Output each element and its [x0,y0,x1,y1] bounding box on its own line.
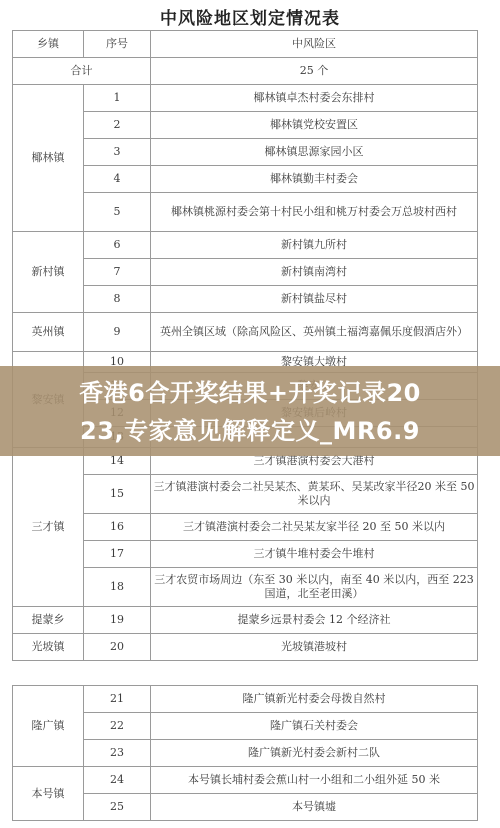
town-cell: 提蒙乡 [13,607,84,634]
row-number: 15 [84,475,151,514]
row-number: 9 [84,313,151,352]
row-area: 椰林镇党校安置区 [151,112,478,139]
overlay-caption: 香港6合开奖结果+开奖记录20 23,专家意见解释定义_MR6.9 [0,374,500,450]
row-area: 三才镇牛堆村委会牛堆村 [151,541,478,568]
row-number: 23 [84,740,151,767]
row-number: 19 [84,607,151,634]
town-cell: 椰林镇 [13,85,84,232]
header-town: 乡镇 [13,31,84,58]
row-area: 隆广镇新光村委会母拨自然村 [151,686,478,713]
row-area: 三才镇港演村委会二社吴某杰、黄某环、吴某改家半径20 米至 50 米以内 [151,475,478,514]
table-row: 英州镇 9 英州全镇区域（除高风险区、英州镇土福湾嘉佩乐度假酒店外） [13,313,478,352]
town-cell: 三才镇 [13,448,84,607]
row-area: 新村镇南湾村 [151,259,478,286]
page-title: 中风险地区划定情况表 [0,4,500,29]
row-number: 2 [84,112,151,139]
table-row: 光坡镇 20 光坡镇港坡村 [13,634,478,661]
row-number: 6 [84,232,151,259]
row-area: 三才农贸市场周边（东至 30 米以内，南至 40 米以内，西至 223 国道，北… [151,568,478,607]
row-number: 7 [84,259,151,286]
row-number: 16 [84,514,151,541]
header-area: 中风险区 [151,31,478,58]
header-row: 乡镇 序号 中风险区 [13,31,478,58]
row-area: 本号镇墟 [151,794,478,821]
row-number: 18 [84,568,151,607]
table-row: 新村镇 6 新村镇九所村 [13,232,478,259]
row-number: 5 [84,193,151,232]
row-area: 新村镇盐尽村 [151,286,478,313]
row-area: 椰林镇桃源村委会第十村民小组和桃万村委会万总坡村西村 [151,193,478,232]
risk-area-table-continued: 隆广镇 21 隆广镇新光村委会母拨自然村 22 隆广镇石关村委会 23 隆广镇新… [12,685,478,821]
table-row: 本号镇 24 本号镇长埔村委会蕉山村一小组和二小组外延 50 米 [13,767,478,794]
total-label: 合计 [13,58,151,85]
row-number: 1 [84,85,151,112]
row-number: 3 [84,139,151,166]
town-cell: 隆广镇 [13,686,84,767]
overlay-line-1: 香港6合开奖结果+开奖记录20 [0,374,500,412]
overlay-line-2: 23,专家意见解释定义_MR6.9 [0,412,500,450]
table-row: 隆广镇 21 隆广镇新光村委会母拨自然村 [13,686,478,713]
row-number: 17 [84,541,151,568]
total-value: 25 个 [151,58,478,85]
row-number: 20 [84,634,151,661]
row-area: 隆广镇石关村委会 [151,713,478,740]
town-cell: 本号镇 [13,767,84,821]
row-area: 椰林镇卓杰村委会东排村 [151,85,478,112]
row-area: 三才镇港演村委会二社吴某友家半径 20 至 50 米以内 [151,514,478,541]
table-row: 椰林镇 1 椰林镇卓杰村委会东排村 [13,85,478,112]
row-area: 椰林镇勤丰村委会 [151,166,478,193]
row-number: 25 [84,794,151,821]
risk-area-table: 乡镇 序号 中风险区 合计 25 个 椰林镇 1 椰林镇卓杰村委会东排村 2 椰… [12,30,478,661]
row-area: 光坡镇港坡村 [151,634,478,661]
row-area: 椰林镇思源家园小区 [151,139,478,166]
row-number: 24 [84,767,151,794]
row-area: 新村镇九所村 [151,232,478,259]
row-area: 隆广镇新光村委会新村二队 [151,740,478,767]
row-number: 4 [84,166,151,193]
row-number: 21 [84,686,151,713]
row-area: 英州全镇区域（除高风险区、英州镇土福湾嘉佩乐度假酒店外） [151,313,478,352]
town-cell: 英州镇 [13,313,84,352]
header-number: 序号 [84,31,151,58]
row-number: 8 [84,286,151,313]
town-cell: 新村镇 [13,232,84,313]
row-area: 本号镇长埔村委会蕉山村一小组和二小组外延 50 米 [151,767,478,794]
row-number: 22 [84,713,151,740]
row-area: 提蒙乡远景村委会 12 个经济社 [151,607,478,634]
town-cell: 光坡镇 [13,634,84,661]
table-row: 提蒙乡 19 提蒙乡远景村委会 12 个经济社 [13,607,478,634]
total-row: 合计 25 个 [13,58,478,85]
